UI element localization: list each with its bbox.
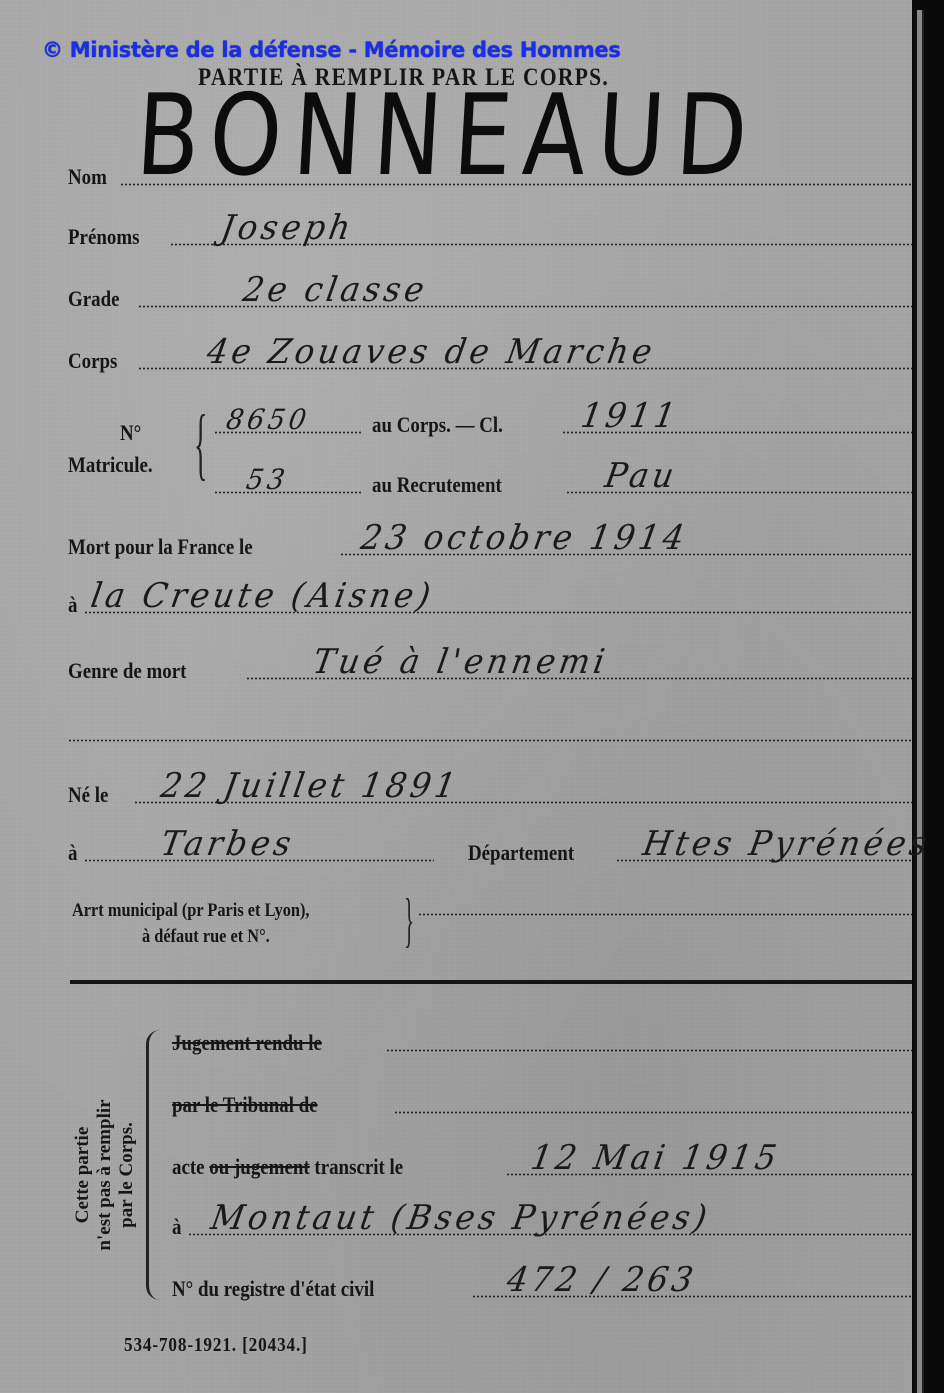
label-a-transcription: à — [172, 1214, 181, 1240]
label-tribunal: par le Tribunal de — [172, 1092, 318, 1118]
value-corps: 4e Zouaves de Marche — [204, 332, 659, 372]
value-acte-transcrit: 12 Mai 1915 — [528, 1138, 783, 1178]
row-ne-le: Né le 22 Juillet 1891 — [68, 768, 912, 808]
row-lieu-naissance: à Tarbes Département Htes Pyrénées — [68, 826, 912, 866]
dotted-line — [386, 1049, 912, 1052]
value-classe: 1911 — [578, 396, 682, 436]
label-arrondissement-1: Arrt municipal (pr Paris et Lyon), — [72, 900, 310, 922]
value-nom: BONNEAUD — [134, 80, 762, 192]
label-transcrit-le: transcrit le — [310, 1154, 404, 1179]
label-genre-mort: Genre de mort — [68, 658, 186, 684]
section-divider — [70, 980, 912, 984]
row-matricule-corps: 8650 au Corps. — Cl. 1911 — [214, 398, 912, 438]
row-genre-mort: Genre de mort Tué à l'ennemi — [68, 644, 912, 684]
brace — [146, 1030, 165, 1300]
value-grade: 2e classe — [240, 270, 431, 310]
value-lieu-naissance: Tarbes — [158, 824, 298, 864]
value-mort: 23 octobre 1914 — [358, 518, 691, 558]
row-lieu-transcription: à Montaut (Bses Pyrénées) — [172, 1200, 912, 1240]
side-note-line: n'est pas à remplir — [94, 1060, 116, 1290]
value-prenoms: Joseph — [218, 208, 357, 248]
value-departement: Htes Pyrénées — [640, 824, 933, 864]
side-note-line: par le Corps. — [116, 1060, 138, 1290]
row-arrondissement — [418, 880, 912, 920]
row-grade: Grade 2e classe — [68, 272, 912, 312]
row-acte-transcrit: acte ou jugement transcrit le 12 Mai 191… — [172, 1140, 912, 1180]
row-tribunal: par le Tribunal de — [172, 1078, 912, 1118]
value-genre-mort: Tué à l'ennemi — [310, 642, 611, 682]
label-no: N° — [120, 420, 141, 446]
label-a: à — [68, 592, 77, 618]
row-corps: Corps 4e Zouaves de Marche — [68, 334, 912, 374]
label-matricule: Matricule. — [68, 452, 153, 478]
label-registre: N° du registre d'état civil — [172, 1276, 374, 1302]
label-ne-le: Né le — [68, 782, 108, 808]
copyright-watermark: © Ministère de la défense - Mémoire des … — [42, 38, 621, 62]
row-jugement-rendu: Jugement rendu le — [172, 1016, 912, 1056]
row-matricule-recrutement: 53 au Recrutement Pau — [214, 458, 912, 498]
label-acte-transcrit: acte ou jugement transcrit le — [172, 1154, 403, 1180]
row-lieu-mort: à la Creute (Aisne) — [68, 578, 912, 618]
row-mort: Mort pour la France le 23 octobre 1914 — [68, 520, 912, 560]
form-code: 534-708-1921. [20434.] — [124, 1334, 308, 1357]
dotted-line — [214, 491, 362, 494]
row-prenoms: Prénoms Joseph — [68, 210, 912, 250]
side-note: Cette partie n'est pas à remplir par le … — [72, 1060, 138, 1290]
value-matricule-recrutement: 53 — [244, 463, 291, 496]
label-prenoms: Prénoms — [68, 224, 139, 250]
dotted-line — [418, 913, 912, 916]
label-au-corps: au Corps. — Cl. — [372, 412, 503, 438]
value-matricule-corps: 8650 — [224, 403, 312, 436]
dotted-line — [68, 739, 912, 742]
label-grade: Grade — [68, 286, 120, 312]
value-lieu-transcription: Montaut (Bses Pyrénées) — [208, 1198, 713, 1238]
value-ne-le: 22 Juillet 1891 — [158, 766, 462, 806]
brace: } — [404, 890, 414, 950]
label-nom: Nom — [68, 164, 107, 190]
label-departement: Département — [468, 840, 574, 866]
value-lieu-mort: la Creute (Aisne) — [88, 576, 437, 616]
label-au-recrutement: au Recrutement — [372, 472, 502, 498]
label-corps: Corps — [68, 348, 117, 374]
label-acte: acte — [172, 1154, 209, 1179]
label-ou-jugement-struck: ou jugement — [209, 1154, 309, 1179]
value-recrutement-place: Pau — [602, 456, 680, 496]
row-registre: N° du registre d'état civil 472 / 263 — [172, 1262, 912, 1302]
label-jugement-rendu: Jugement rendu le — [172, 1030, 322, 1056]
label-a-naissance: à — [68, 840, 77, 866]
label-arrondissement-2: à défaut rue et N°. — [142, 926, 270, 948]
side-note-line: Cette partie — [72, 1060, 94, 1290]
card-border-line-inner — [922, 10, 924, 1393]
value-registre: 472 / 263 — [504, 1260, 700, 1300]
label-mort: Mort pour la France le — [68, 534, 253, 560]
row-blank — [68, 706, 912, 746]
brace: { — [194, 404, 207, 484]
dotted-line — [394, 1111, 912, 1114]
